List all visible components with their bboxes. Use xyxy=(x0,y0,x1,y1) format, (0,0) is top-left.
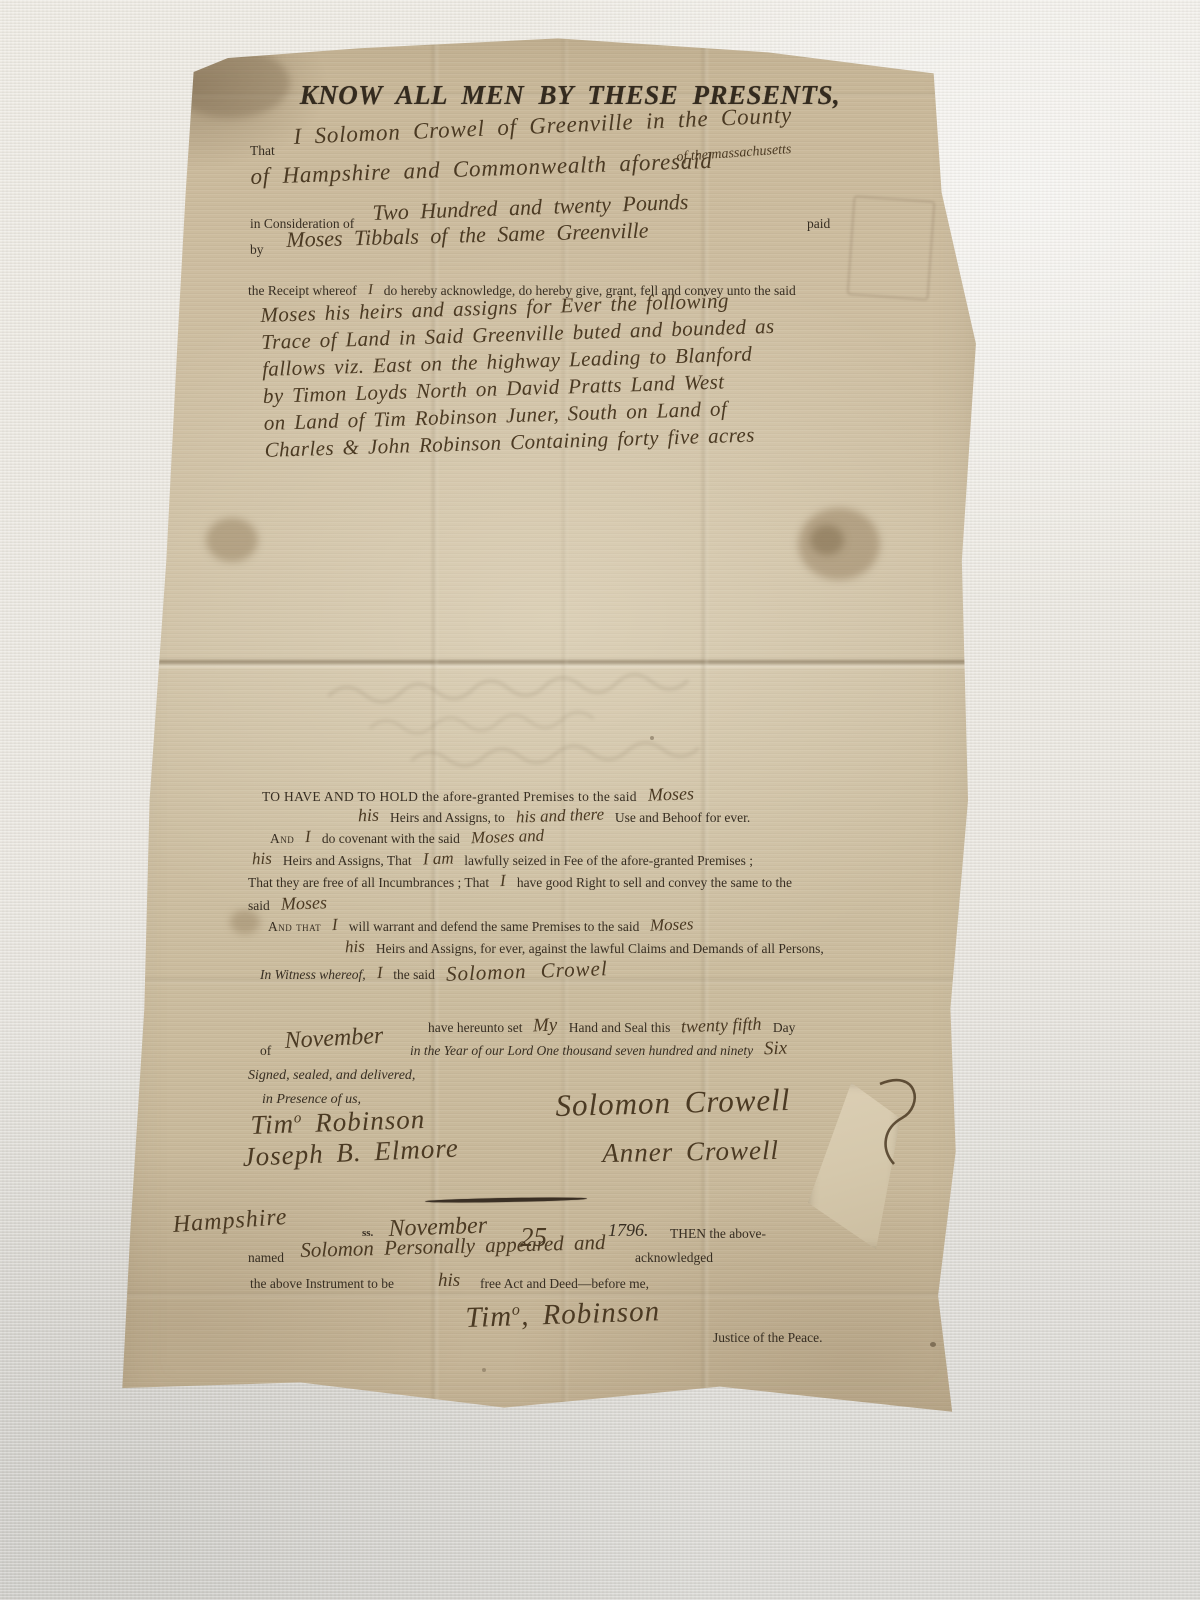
printed-in-presence-of-us: in Presence of us, xyxy=(262,1092,361,1108)
handwritten-i-am: I am xyxy=(422,848,453,869)
habendum-line4: his Heirs and Assigns, That I am lawfull… xyxy=(252,850,753,870)
deed-document: KNOW ALL MEN BY THESE PRESENTS, That I S… xyxy=(110,30,990,1430)
justice-name-pre: Tim xyxy=(465,1300,513,1334)
printed-do-covenant: do covenant with the said xyxy=(322,831,460,846)
handwritten-november: November xyxy=(284,1023,384,1055)
handwritten-description-block: Moses his heirs and assigns for Ever the… xyxy=(260,286,778,464)
handwritten-his-and-there: his and there xyxy=(515,804,604,827)
printed-year-of-our-lord: in the Year of our Lord One thousand sev… xyxy=(410,1043,753,1058)
habendum-line2: his Heirs and Assigns, to his and there … xyxy=(358,806,750,827)
printed-good-right: have good Right to sell and convey the s… xyxy=(517,875,792,890)
printed-of: of xyxy=(260,1043,271,1059)
printed-have-hereunto-set: have hereunto set xyxy=(428,1020,522,1035)
handwritten-six: Six xyxy=(764,1038,788,1061)
printed-then-the-above: THEN the above- xyxy=(670,1226,766,1242)
handwritten-receipt-i: I xyxy=(367,282,373,299)
handwritten-i: I xyxy=(332,915,338,935)
habendum-line1: TO HAVE AND TO HOLD the afore-granted Pr… xyxy=(262,785,701,806)
justice-name-post: , Robinson xyxy=(520,1295,660,1332)
handwritten-his: his xyxy=(345,937,366,958)
ink-speck xyxy=(930,1342,936,1347)
printed-in-witness-whereof: In Witness whereof, xyxy=(260,967,366,982)
handwritten-moses-and: Moses and xyxy=(471,826,545,849)
handwritten-moses: Moses xyxy=(280,892,327,915)
printed-free-of-incumbrances: That they are free of all Incumbrances ;… xyxy=(248,875,489,890)
fold-crease-horizontal xyxy=(110,1292,990,1298)
printed-justice-of-the-peace: Justice of the Peace. xyxy=(713,1330,822,1346)
printed-lawfully-seized: lawfully seized in Fee of the afore-gran… xyxy=(464,853,753,868)
printed-paid-label: paid xyxy=(807,216,830,232)
printed-receipt-part1: the Receipt whereof xyxy=(248,283,357,298)
printed-day: Day xyxy=(773,1020,796,1035)
grantor-signature-solomon-crowell: Solomon Crowell xyxy=(555,1082,791,1124)
handwritten-i: I xyxy=(500,871,506,891)
handwritten-twenty-fifth: twenty fifth xyxy=(681,1014,762,1038)
stain-tape-ghost xyxy=(847,195,936,300)
witness1-name-post: Robinson xyxy=(302,1104,426,1138)
handwritten-i: I xyxy=(305,827,311,847)
stain-blot xyxy=(206,518,258,562)
habendum-line8: his Heirs and Assigns, for ever, against… xyxy=(345,938,824,958)
printed-to-have-and-to-hold: TO HAVE AND TO HOLD the afore-granted Pr… xyxy=(262,789,637,804)
handwritten-solomon-crowel: Solomon Crowel xyxy=(446,956,609,987)
printed-said: said xyxy=(248,898,270,913)
habendum-line7: And that I will warrant and defend the s… xyxy=(268,916,701,936)
ink-speck xyxy=(482,1368,486,1372)
handwritten-his: his xyxy=(358,805,380,827)
printed-heirs-assigns-to: Heirs and Assigns, to xyxy=(390,810,505,825)
printed-signed-sealed-delivered: Signed, sealed, and delivered, xyxy=(248,1068,415,1084)
printed-use-behoof: Use and Behoof for ever. xyxy=(615,810,750,825)
handwritten-his: his xyxy=(252,849,273,870)
witness1-name-pre: Tim xyxy=(250,1108,295,1140)
printed-year-1796: 1796. xyxy=(608,1220,649,1241)
printed-heirs-assigns-that: Heirs and Assigns, That xyxy=(283,853,412,868)
handwritten-his-ack: his xyxy=(438,1270,460,1292)
habendum-line5: That they are free of all Incumbrances ;… xyxy=(248,872,792,892)
habendum-line9: In Witness whereof, I the said Solomon C… xyxy=(260,960,615,985)
habendum-line6: said Moses xyxy=(248,894,334,915)
printed-by-label: by xyxy=(250,242,264,258)
printed-named: named xyxy=(248,1250,284,1266)
printed-and: And xyxy=(270,831,294,846)
testimonium-line2: in the Year of our Lord One thousand sev… xyxy=(410,1039,794,1061)
justice-signature-tim-robinson: Timo, Robinson xyxy=(465,1295,661,1335)
printed-above-instrument: the above Instrument to be xyxy=(250,1276,394,1292)
printed-that-label: That xyxy=(250,143,275,159)
habendum-line3: And I do covenant with the said Moses an… xyxy=(270,828,551,848)
handwritten-i: I xyxy=(376,963,382,983)
handwritten-my: My xyxy=(533,1015,558,1038)
handwritten-moses: Moses xyxy=(647,783,694,806)
printed-and-that: And that xyxy=(268,919,321,934)
grantor-signature-anner-crowell: Anner Crowell xyxy=(602,1135,779,1169)
printed-acknowledged: acknowledged xyxy=(635,1250,713,1266)
stain-blot xyxy=(810,525,844,555)
signature-seal-flourish xyxy=(872,1076,922,1168)
handwritten-moses: Moses xyxy=(650,914,694,936)
printed-the-said: the said xyxy=(393,967,435,982)
printed-hand-and-seal: Hand and Seal this xyxy=(569,1020,671,1035)
printed-warrant-defend: will warrant and defend the same Premise… xyxy=(349,919,640,934)
printed-free-act-and-deed: free Act and Deed—before me, xyxy=(480,1276,649,1292)
printed-against-claims: Heirs and Assigns, for ever, against the… xyxy=(376,941,824,956)
testimonium-line1: have hereunto set My Hand and Seal this … xyxy=(428,1016,795,1038)
